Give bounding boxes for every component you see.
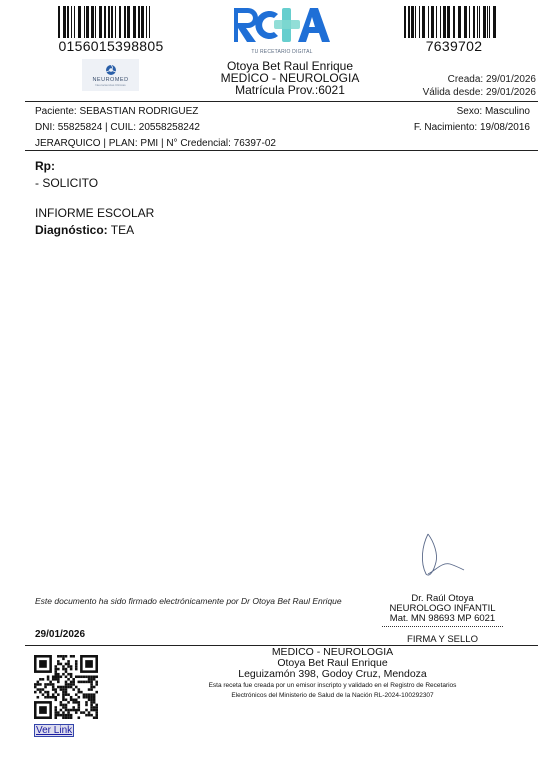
created-date: Creada: 29/01/2026 <box>423 73 536 86</box>
clinic-logo: NEUROMED Neurociencias Clinicas <box>82 59 139 91</box>
diagnosis-label: Diagnóstico: <box>35 223 108 237</box>
prescription-notes: INFIORME ESCOLAR Diagnóstico: TEA <box>35 205 154 239</box>
patient-sex: Sexo: Masculino <box>457 104 530 120</box>
clinic-subtitle: Neurociencias Clinicas <box>95 83 125 87</box>
rcha-logo: TU RECETARIO DIGITAL <box>232 6 332 54</box>
qr-code-icon[interactable] <box>34 655 98 719</box>
prescription-note: INFIORME ESCOLAR <box>35 205 154 222</box>
signature-label: FIRMA Y SELLO <box>380 635 505 645</box>
logo-tagline: TU RECETARIO DIGITAL <box>232 49 332 55</box>
ver-link[interactable]: Ver Link <box>34 724 74 737</box>
divider <box>25 101 538 102</box>
prescription-barcode: 0156015398805 <box>58 6 164 54</box>
barcode-bars <box>58 6 164 38</box>
barcode-bars <box>404 6 504 38</box>
footer-legal-2: Electrónicos del Ministerio de Salud de … <box>160 691 505 701</box>
rcha-logo-icon <box>232 6 332 44</box>
signature-line <box>382 626 503 627</box>
diagnosis: Diagnóstico: TEA <box>35 222 154 239</box>
signature-icon <box>418 532 468 580</box>
valid-from-date: Válida desde: 29/01/2026 <box>423 86 536 99</box>
barcode-number: 7639702 <box>404 38 504 54</box>
patient-birthdate: F. Nacimiento: 19/08/2016 <box>414 120 530 136</box>
doctor-license: Matrícula Prov.:6021 <box>190 84 390 96</box>
doctor-header: Otoya Bet Raul Enrique MEDICO - NEUROLOG… <box>190 60 390 96</box>
footer-info: MEDICO - NEUROLOGIA Otoya Bet Raul Enriq… <box>160 647 505 701</box>
prescription-body: Rp: - SOLICITO <box>35 158 98 192</box>
prescription-item: - SOLICITO <box>35 175 98 192</box>
barcode-number: 0156015398805 <box>58 38 164 54</box>
diagnosis-value: TEA <box>108 223 134 237</box>
footer-address: Leguizamón 398, Godoy Cruz, Mendoza <box>160 669 505 680</box>
divider <box>25 150 538 151</box>
swirl-logo-icon <box>104 64 118 76</box>
patient-name: Paciente: SEBASTIAN RODRIGUEZ <box>35 104 198 120</box>
signature-block: Dr. Raúl Otoya NEUROLOGO INFANTIL Mat. M… <box>380 594 505 645</box>
signer-license: Mat. MN 98693 MP 6021 <box>380 614 505 624</box>
prescription-dates: Creada: 29/01/2026 Válida desde: 29/01/2… <box>423 73 536 99</box>
signature-date: 29/01/2026 <box>35 629 85 640</box>
e-signature-note: Este documento ha sido firmado electróni… <box>35 595 365 608</box>
id-barcode: 7639702 <box>404 6 504 54</box>
rp-label: Rp: <box>35 158 98 175</box>
patient-info: Paciente: SEBASTIAN RODRIGUEZ Sexo: Masc… <box>35 104 530 152</box>
footer-legal-1: Esta receta fue creada por un emisor ins… <box>160 681 505 691</box>
patient-ids: DNI: 55825824 | CUIL: 20558258242 <box>35 120 200 136</box>
